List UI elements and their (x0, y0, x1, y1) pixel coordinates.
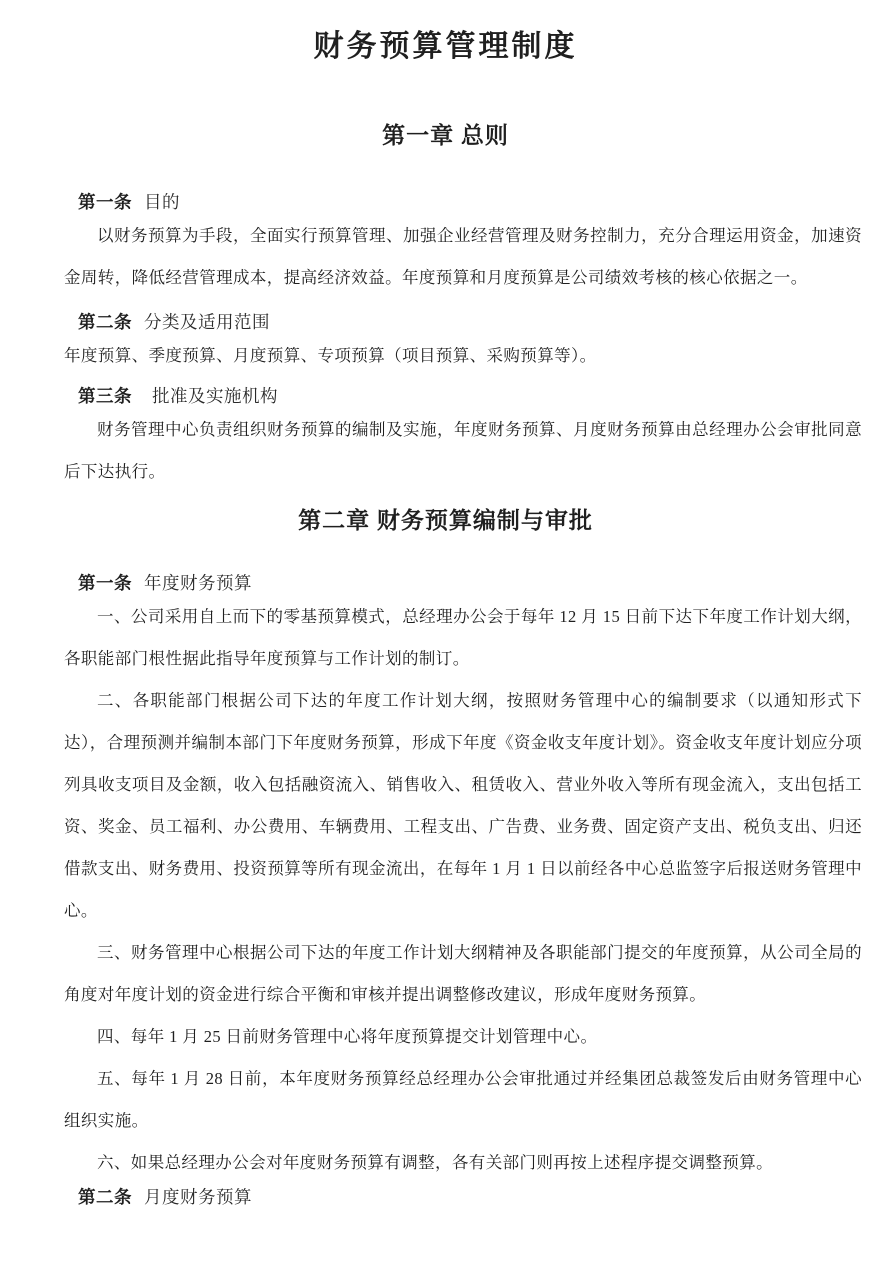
section-heading-1-2: 第二条分类及适用范围 (78, 309, 862, 335)
paragraph-item-3: 三、财务管理中心根据公司下达的年度工作计划大纲精神及各职能部门提交的年度预算，从… (64, 932, 862, 1016)
paragraph: 财务管理中心负责组织财务预算的编制及实施，年度财务预算、月度财务预算由总经理办公… (64, 409, 862, 493)
section-label: 第一条 (78, 573, 132, 593)
paragraph: 年度预算、季度预算、月度预算、专项预算（项目预算、采购预算等）。 (64, 335, 862, 377)
section-label: 第三条 (78, 386, 132, 406)
section-title: 分类及适用范围 (144, 312, 270, 332)
section-title: 目的 (144, 192, 180, 212)
section-heading-2-2: 第二条月度财务预算 (78, 1184, 862, 1210)
paragraph-item-6: 六、如果总经理办公会对年度财务预算有调整，各有关部门则再按上述程序提交调整预算。 (64, 1142, 862, 1184)
document-page: 财务预算管理制度 第一章 总则 第一条目的 以财务预算为手段，全面实行预算管理、… (0, 0, 891, 1272)
chapter-2-heading: 第二章 财务预算编制与审批 (0, 503, 891, 538)
chapter-1-heading: 第一章 总则 (0, 118, 891, 153)
document-title: 财务预算管理制度 (0, 24, 891, 70)
section-heading-2-1: 第一条年度财务预算 (78, 570, 862, 596)
paragraph-item-2: 二、各职能部门根据公司下达的年度工作计划大纲，按照财务管理中心的编制要求（以通知… (64, 680, 862, 932)
section-heading-1-3: 第三条批准及实施机构 (78, 383, 862, 409)
section-heading-1-1: 第一条目的 (78, 189, 862, 215)
paragraph-item-4: 四、每年 1 月 25 日前财务管理中心将年度预算提交计划管理中心。 (64, 1016, 862, 1058)
paragraph-item-1: 一、公司采用自上而下的零基预算模式，总经理办公会于每年 12 月 15 日前下达… (64, 596, 862, 680)
section-title: 批准及实施机构 (152, 386, 278, 406)
section-title: 月度财务预算 (144, 1187, 252, 1207)
paragraph: 以财务预算为手段，全面实行预算管理、加强企业经营管理及财务控制力，充分合理运用资… (64, 215, 862, 299)
section-label: 第二条 (78, 312, 132, 332)
paragraph-item-5: 五、每年 1 月 28 日前，本年度财务预算经总经理办公会审批通过并经集团总裁签… (64, 1058, 862, 1142)
section-label: 第二条 (78, 1187, 132, 1207)
section-label: 第一条 (78, 192, 132, 212)
section-title: 年度财务预算 (144, 573, 252, 593)
